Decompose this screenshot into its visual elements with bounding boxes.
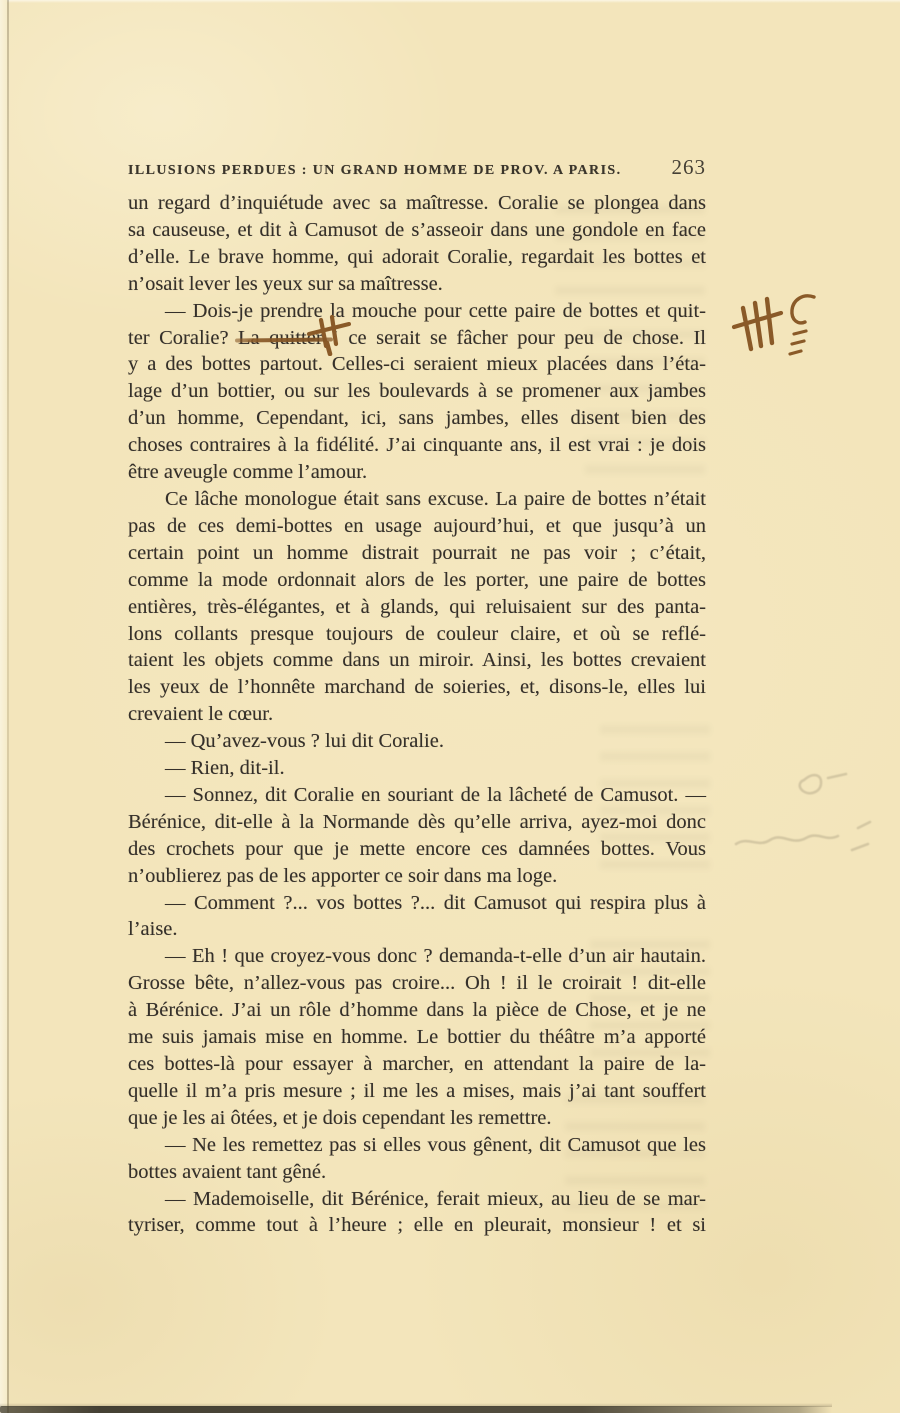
- page-edge-shadow: [0, 0, 900, 3]
- text-line: à Bérénice. J’ai un rôle d’homme dans la…: [128, 997, 706, 1024]
- deleatur-sign-icon: [790, 296, 814, 354]
- scanned-book-page: ILLUSIONS PERDUES : UN GRAND HOMME DE PR…: [0, 0, 900, 1413]
- text-segment: ce serait se fâcher pour peu de chose. I…: [339, 327, 706, 349]
- text-line: un regard d’inquiétude avec sa maîtresse…: [128, 190, 706, 217]
- page-edge-shadow: [7, 0, 9, 1413]
- text-line: n’oublierez pas de les apporter ce soir …: [128, 863, 706, 890]
- paragraph: — Eh ! que croyez-vous donc ? demanda-t-…: [128, 943, 706, 1131]
- text-line: n’osait lever les yeux sur sa maîtresse.: [128, 271, 706, 298]
- text-line: taient les objets comme dans un miroir. …: [128, 647, 706, 674]
- text-line: les yeux de l’honnête marchand de soieri…: [128, 674, 706, 701]
- text-line: — Rien, dit-il.: [128, 755, 706, 782]
- text-line: — Dois-je prendre la mouche pour cette p…: [128, 298, 706, 325]
- text-line: d’elle. Le brave homme, qui adorait Cora…: [128, 244, 706, 271]
- text-line: l’aise.: [128, 916, 706, 943]
- margin-ink-annotation: [731, 291, 827, 365]
- text-line: quelle il m’a pris mesure ; il me les a …: [128, 1078, 706, 1105]
- paragraph: — Comment ?... vos bottes ?... dit Camus…: [128, 890, 706, 944]
- text-line: Grosse bête, n’allez-vous pas croire... …: [128, 970, 706, 997]
- text-line: — Mademoiselle, dit Bérénice, ferait mie…: [128, 1186, 706, 1213]
- text-line: entières, très-élégantes, et à glands, q…: [128, 594, 706, 621]
- running-header: ILLUSIONS PERDUES : UN GRAND HOMME DE PR…: [128, 155, 706, 180]
- text-segment: ter Coralie?: [128, 327, 238, 349]
- text-line: lage d’un bottier, ou sur les boulevards…: [128, 378, 706, 405]
- paragraph: — Dois-je prendre la mouche pour cette p…: [128, 298, 706, 486]
- text-line: — Sonnez, dit Coralie en souriant de la …: [128, 782, 706, 809]
- paragraph: — Sonnez, dit Coralie en souriant de la …: [128, 782, 706, 890]
- text-line: des crochets pour que je mette encore ce…: [128, 836, 706, 863]
- text-line: choses contraires à la fidélité. J’ai ci…: [128, 432, 706, 459]
- text-column: un regard d’inquiétude avec sa maîtresse…: [128, 190, 706, 1239]
- show-through-handwriting: [718, 758, 898, 888]
- text-line: — Comment ?... vos bottes ?... dit Camus…: [128, 890, 706, 917]
- text-line: crevaient le cœur.: [128, 701, 706, 728]
- paragraph: — Rien, dit-il.: [128, 755, 706, 782]
- text-line: sa causeuse, et dit à Camusot de s’asseo…: [128, 217, 706, 244]
- text-line: être aveugle comme l’amour.: [128, 459, 706, 486]
- struck-text: La quitter !: [238, 327, 339, 349]
- paragraph: — Mademoiselle, dit Bérénice, ferait mie…: [128, 1186, 706, 1240]
- text-line: — Ne les remettez pas si elles vous gêne…: [128, 1132, 706, 1159]
- text-line: ces bottes-là pour essayer à marcher, en…: [128, 1051, 706, 1078]
- text-line: — Eh ! que croyez-vous donc ? demanda-t-…: [128, 943, 706, 970]
- text-line: bottes avaient tant gêné.: [128, 1159, 706, 1186]
- text-line: Ce lâche monologue était sans excuse. La…: [128, 486, 706, 513]
- page-edge-shadow: [0, 1406, 832, 1413]
- text-line: — Qu’avez-vous ? lui dit Coralie.: [128, 728, 706, 755]
- text-line: certain point un homme distrait pourrait…: [128, 540, 706, 567]
- paragraph: — Qu’avez-vous ? lui dit Coralie.: [128, 728, 706, 755]
- text-line: tyriser, comme tout à l’heure ; elle en …: [128, 1212, 706, 1239]
- text-line: ter Coralie? La quitter ! ce serait se f…: [128, 325, 706, 352]
- text-line: comme la mode ordonnait alors de les por…: [128, 567, 706, 594]
- paragraph: Ce lâche monologue était sans excuse. La…: [128, 486, 706, 728]
- text-line: lons collants presque toujours de couleu…: [128, 621, 706, 648]
- text-line: d’un homme, Cependant, ici, sans jambes,…: [128, 405, 706, 432]
- paragraph: un regard d’inquiétude avec sa maîtresse…: [128, 190, 706, 298]
- page-edge-shadow: [0, 0, 7, 1413]
- deletion-tally-icon: [734, 299, 781, 349]
- header-title: ILLUSIONS PERDUES : UN GRAND HOMME DE PR…: [128, 163, 622, 179]
- text-line: pas de ces demi-bottes en usage aujourd’…: [128, 513, 706, 540]
- text-line: que je les ai ôtées, et je dois cependan…: [128, 1105, 706, 1132]
- text-line: y a des bottes partout. Celles-ci seraie…: [128, 351, 706, 378]
- text-line: me suis jamais mise en homme. Le bottier…: [128, 1024, 706, 1051]
- page-number: 263: [672, 155, 707, 180]
- paragraph: — Ne les remettez pas si elles vous gêne…: [128, 1132, 706, 1186]
- text-line: Bérénice, dit-elle à la Normande dès qu’…: [128, 809, 706, 836]
